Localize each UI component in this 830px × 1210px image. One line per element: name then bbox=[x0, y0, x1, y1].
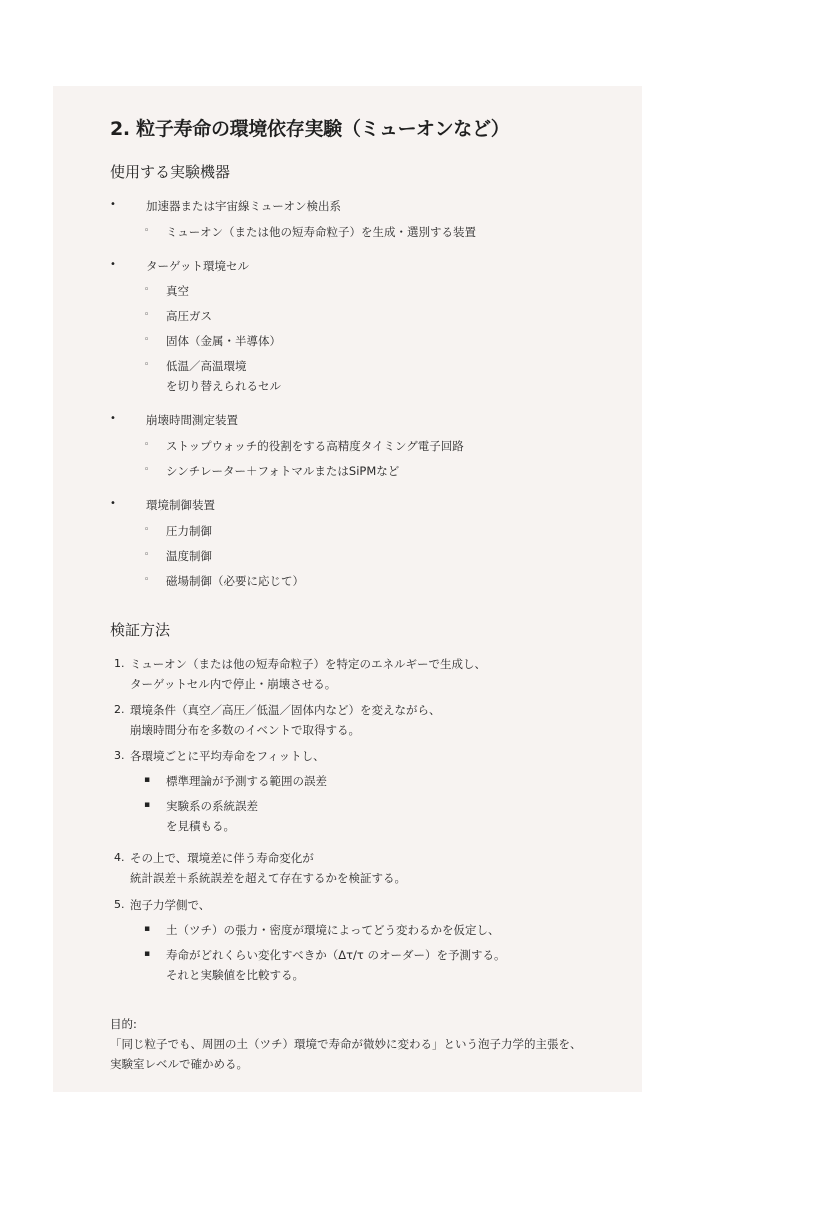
step-line: ターゲットセル内で停止・崩壊させる。 bbox=[130, 676, 336, 692]
step-subitem: 実験系の系統誤差 bbox=[166, 798, 258, 814]
equipment-subitem: 真空 bbox=[166, 283, 189, 299]
circle-bullet-icon: ◦ bbox=[144, 550, 149, 560]
document-title: 2. 粒子寿命の環境依存実験（ミューオンなど） bbox=[110, 114, 509, 141]
equipment-subitem: 低温／高温環境 bbox=[166, 358, 247, 374]
step-line: 環境条件（真空／高圧／低温／固体内など）を変えながら、 bbox=[130, 702, 441, 718]
purpose-label: 目的: bbox=[110, 1016, 137, 1032]
step-line: ミューオン（または他の短寿命粒子）を特定のエネルギーで生成し、 bbox=[130, 656, 486, 672]
circle-bullet-icon: ◦ bbox=[144, 465, 149, 475]
purpose-line: 実験室レベルで確かめる。 bbox=[110, 1056, 248, 1072]
circle-bullet-icon: ◦ bbox=[144, 360, 149, 370]
square-bullet-icon: ▪ bbox=[144, 949, 150, 959]
method-heading: 検証方法 bbox=[110, 619, 170, 640]
circle-bullet-icon: ◦ bbox=[144, 440, 149, 450]
circle-bullet-icon: ◦ bbox=[144, 525, 149, 535]
equipment-heading: 使用する実験機器 bbox=[110, 161, 230, 182]
circle-bullet-icon: ◦ bbox=[144, 310, 149, 320]
step-subitem: 土（ツチ）の張力・密度が環境によってどう変わるかを仮定し、 bbox=[166, 922, 500, 938]
square-bullet-icon: ▪ bbox=[144, 924, 150, 934]
equipment-subitem: 磁場制御（必要に応じて） bbox=[166, 573, 304, 589]
step-line: その上で、環境差に伴う寿命変化が bbox=[130, 850, 314, 866]
step-trailing: それと実験値を比較する。 bbox=[166, 967, 304, 983]
bullet-icon: • bbox=[110, 498, 116, 509]
equipment-subitem: シンチレーター＋フォトマルまたはSiPMなど bbox=[166, 463, 399, 479]
bullet-icon: • bbox=[110, 199, 116, 210]
equipment-item: 環境制御装置 bbox=[146, 497, 215, 513]
step-number: 2. bbox=[114, 703, 125, 716]
step-number: 4. bbox=[114, 851, 125, 864]
step-line: 統計誤差＋系統誤差を超えて存在するかを検証する。 bbox=[130, 870, 406, 886]
step-line: 各環境ごとに平均寿命をフィットし、 bbox=[130, 748, 325, 764]
step-number: 5. bbox=[114, 898, 125, 911]
document-panel: 2. 粒子寿命の環境依存実験（ミューオンなど） 使用する実験機器 • 加速器また… bbox=[53, 86, 642, 1092]
equipment-subitem: 圧力制御 bbox=[166, 523, 212, 539]
square-bullet-icon: ▪ bbox=[144, 800, 150, 810]
bullet-icon: • bbox=[110, 413, 116, 424]
equipment-subitem: 温度制御 bbox=[166, 548, 212, 564]
circle-bullet-icon: ◦ bbox=[144, 226, 149, 236]
equipment-subitem: ストップウォッチ的役割をする高精度タイミング電子回路 bbox=[166, 438, 464, 454]
circle-bullet-icon: ◦ bbox=[144, 575, 149, 585]
step-line: 崩壊時間分布を多数のイベントで取得する。 bbox=[130, 722, 360, 738]
equipment-item: ターゲット環境セル bbox=[146, 258, 249, 274]
circle-bullet-icon: ◦ bbox=[144, 335, 149, 345]
equipment-item: 加速器または宇宙線ミューオン検出系 bbox=[146, 198, 341, 214]
equipment-subitem: 固体（金属・半導体） bbox=[166, 333, 281, 349]
step-number: 1. bbox=[114, 657, 125, 670]
step-subitem: 寿命がどれくらい変化すべきか（Δτ/τ のオーダー）を予測する。 bbox=[166, 947, 506, 963]
equipment-trailing: を切り替えられるセル bbox=[166, 378, 281, 394]
square-bullet-icon: ▪ bbox=[144, 775, 150, 785]
bullet-icon: • bbox=[110, 259, 116, 270]
step-number: 3. bbox=[114, 749, 125, 762]
step-line: 泡子力学側で、 bbox=[130, 897, 210, 913]
step-trailing: を見積もる。 bbox=[166, 818, 235, 834]
equipment-subitem: ミューオン（または他の短寿命粒子）を生成・選別する装置 bbox=[166, 224, 476, 240]
purpose-line: 「同じ粒子でも、周囲の土（ツチ）環境で寿命が微妙に変わる」という泡子力学的主張を… bbox=[110, 1036, 582, 1052]
circle-bullet-icon: ◦ bbox=[144, 285, 149, 295]
equipment-subitem: 高圧ガス bbox=[166, 308, 212, 324]
equipment-item: 崩壊時間測定装置 bbox=[146, 412, 238, 428]
step-subitem: 標準理論が予測する範囲の誤差 bbox=[166, 773, 327, 789]
